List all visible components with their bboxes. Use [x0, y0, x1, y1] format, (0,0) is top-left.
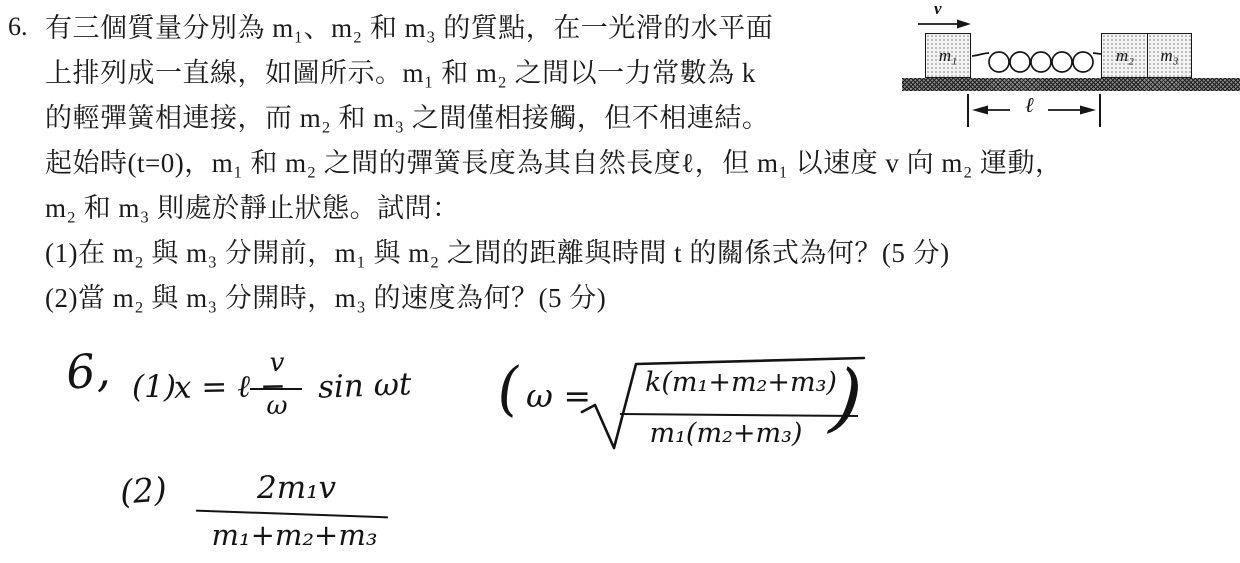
part1-fraction-denominator: ω [252, 392, 302, 421]
part2-fraction-denominator: m₁+m₂+m₃ [202, 520, 387, 552]
physics-exam-page: 6. 有三個質量分別為 m₁、m₂ 和 m₃ 的質點，在一光滑的水平面 上排列成… [0, 0, 1240, 563]
part2-fraction-numerator: 2m₁v [214, 471, 379, 505]
solution-question-number: 6, [64, 344, 112, 398]
solution-part1-sine-term: sin ωt [317, 367, 412, 404]
omega-fraction-denominator: m₁(m₂+m₃) [616, 419, 836, 449]
solution-part1-label: (1) [132, 370, 176, 404]
omega-fraction-numerator: k(m₁+m₂+m₃) [622, 368, 860, 398]
omega-open-paren: ( [495, 357, 522, 422]
handwritten-solution: 6, (1) x = ℓ − v ω sin ωt ( ω = k(m₁+m₂+… [0, 0, 1240, 563]
solution-part2-label: (2) [119, 471, 168, 510]
part1-fraction-numerator: v [252, 349, 302, 378]
